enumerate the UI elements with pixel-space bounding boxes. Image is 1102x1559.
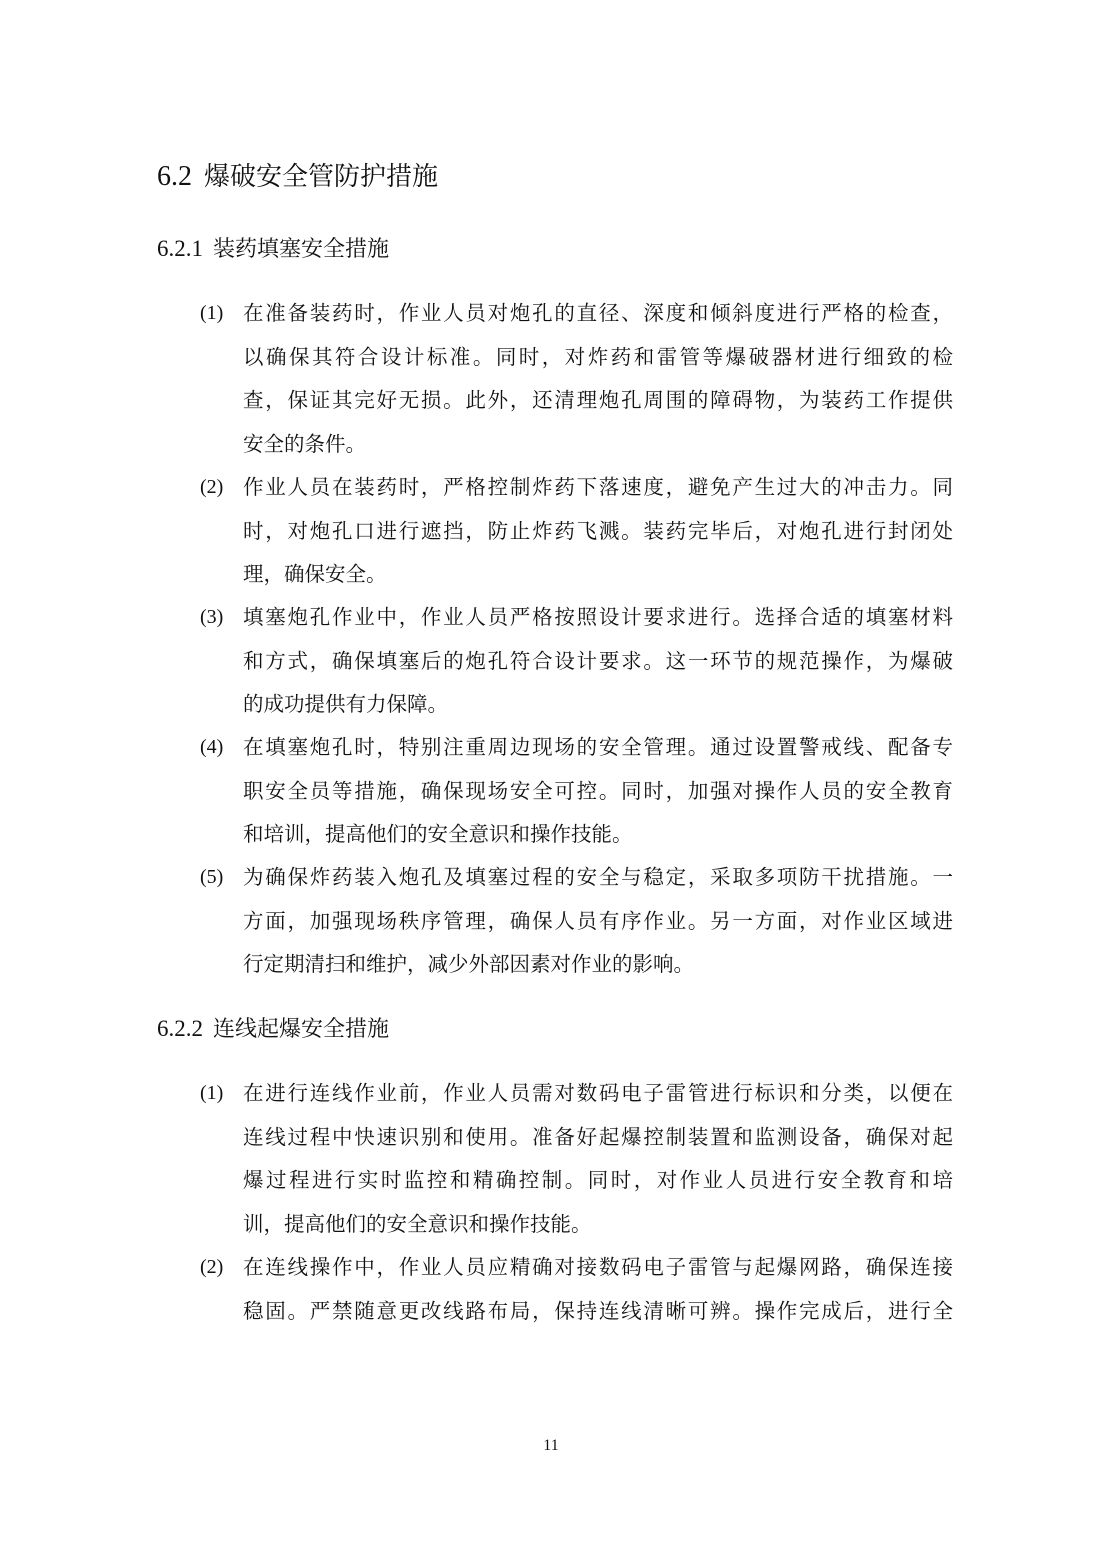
subsection-number: 6.2.1: [157, 236, 203, 261]
section-title: 爆破安全管防护措施: [204, 162, 438, 192]
subsection-title: 装药填塞安全措施: [213, 237, 389, 262]
list-marker: (4): [200, 726, 223, 770]
paragraph-line: 作业人员在装药时，严格控制炸药下落速度，避免产生过大的冲击力。同: [243, 466, 953, 510]
paragraph-line: 爆过程进行实时监控和精确控制。同时，对作业人员进行安全教育和培: [243, 1159, 953, 1203]
subsection-heading-2: 6.2.2连线起爆安全措施: [157, 1014, 389, 1045]
paragraph-line: 以确保其符合设计标准。同时，对炸药和雷管等爆破器材进行细致的检: [243, 336, 953, 380]
paragraph-line: 查，保证其完好无损。此外，还清理炮孔周围的障碍物，为装药工作提供: [243, 379, 953, 423]
paragraph-line: 稳固。严禁随意更改线路布局，保持连线清晰可辨。操作完成后，进行全: [243, 1290, 953, 1334]
paragraph-line: 的成功提供有力保障。: [243, 683, 953, 727]
list-item: (2) 在连线操作中，作业人员应精确对接数码电子雷管与起爆网路，确保连接 稳固。…: [200, 1246, 960, 1333]
list-marker: (5): [200, 856, 223, 900]
paragraph-line: 行定期清扫和维护，减少外部因素对作业的影响。: [243, 943, 953, 987]
list-marker: (1): [200, 1072, 223, 1116]
paragraph-line: 理，确保安全。: [243, 553, 953, 597]
paragraph-line: 在进行连线作业前，作业人员需对数码电子雷管进行标识和分类，以便在: [243, 1072, 953, 1116]
subsection-title: 连线起爆安全措施: [213, 1017, 389, 1042]
page-number: 11: [0, 1437, 1102, 1455]
paragraph-line: 连线过程中快速识别和使用。准备好起爆控制装置和监测设备，确保对起: [243, 1116, 953, 1160]
list-item: (3) 填塞炮孔作业中，作业人员严格按照设计要求进行。选择合适的填塞材料 和方式…: [200, 596, 960, 727]
list-item: (1) 在进行连线作业前，作业人员需对数码电子雷管进行标识和分类，以便在 连线过…: [200, 1072, 960, 1246]
paragraph-line: 方面，加强现场秩序管理，确保人员有序作业。另一方面，对作业区域进: [243, 900, 953, 944]
list-marker: (3): [200, 596, 223, 640]
paragraph-line: 时，对炮孔口进行遮挡，防止炸药飞溅。装药完毕后，对炮孔进行封闭处: [243, 510, 953, 554]
paragraph-line: 填塞炮孔作业中，作业人员严格按照设计要求进行。选择合适的填塞材料: [243, 596, 953, 640]
subsection-number: 6.2.2: [157, 1016, 203, 1041]
paragraph-line: 在准备装药时，作业人员对炮孔的直径、深度和倾斜度进行严格的检查，: [243, 292, 953, 336]
list-marker: (1): [200, 292, 223, 336]
paragraph-line: 职安全员等措施，确保现场安全可控。同时，加强对操作人员的安全教育: [243, 770, 953, 814]
subsection-heading-1: 6.2.1装药填塞安全措施: [157, 234, 389, 265]
list-item: (5) 为确保炸药装入炮孔及填塞过程的安全与稳定，采取多项防干扰措施。一 方面，…: [200, 856, 960, 987]
section-number: 6.2: [157, 161, 192, 192]
paragraph-line: 在连线操作中，作业人员应精确对接数码电子雷管与起爆网路，确保连接: [243, 1246, 953, 1290]
paragraph-line: 和方式，确保填塞后的炮孔符合设计要求。这一环节的规范操作，为爆破: [243, 640, 953, 684]
list-item: (2) 作业人员在装药时，严格控制炸药下落速度，避免产生过大的冲击力。同 时，对…: [200, 466, 960, 597]
paragraph-line: 和培训，提高他们的安全意识和操作技能。: [243, 813, 953, 857]
section-heading: 6.2爆破安全管防护措施: [157, 160, 438, 194]
list-item: (1) 在准备装药时，作业人员对炮孔的直径、深度和倾斜度进行严格的检查， 以确保…: [200, 292, 960, 466]
list-item: (4) 在填塞炮孔时，特别注重周边现场的安全管理。通过设置警戒线、配备专 职安全…: [200, 726, 960, 857]
paragraph-line: 为确保炸药装入炮孔及填塞过程的安全与稳定，采取多项防干扰措施。一: [243, 856, 953, 900]
list-marker: (2): [200, 466, 223, 510]
paragraph-line: 训，提高他们的安全意识和操作技能。: [243, 1203, 953, 1247]
list-marker: (2): [200, 1246, 223, 1290]
paragraph-line: 安全的条件。: [243, 423, 953, 467]
paragraph-line: 在填塞炮孔时，特别注重周边现场的安全管理。通过设置警戒线、配备专: [243, 726, 953, 770]
